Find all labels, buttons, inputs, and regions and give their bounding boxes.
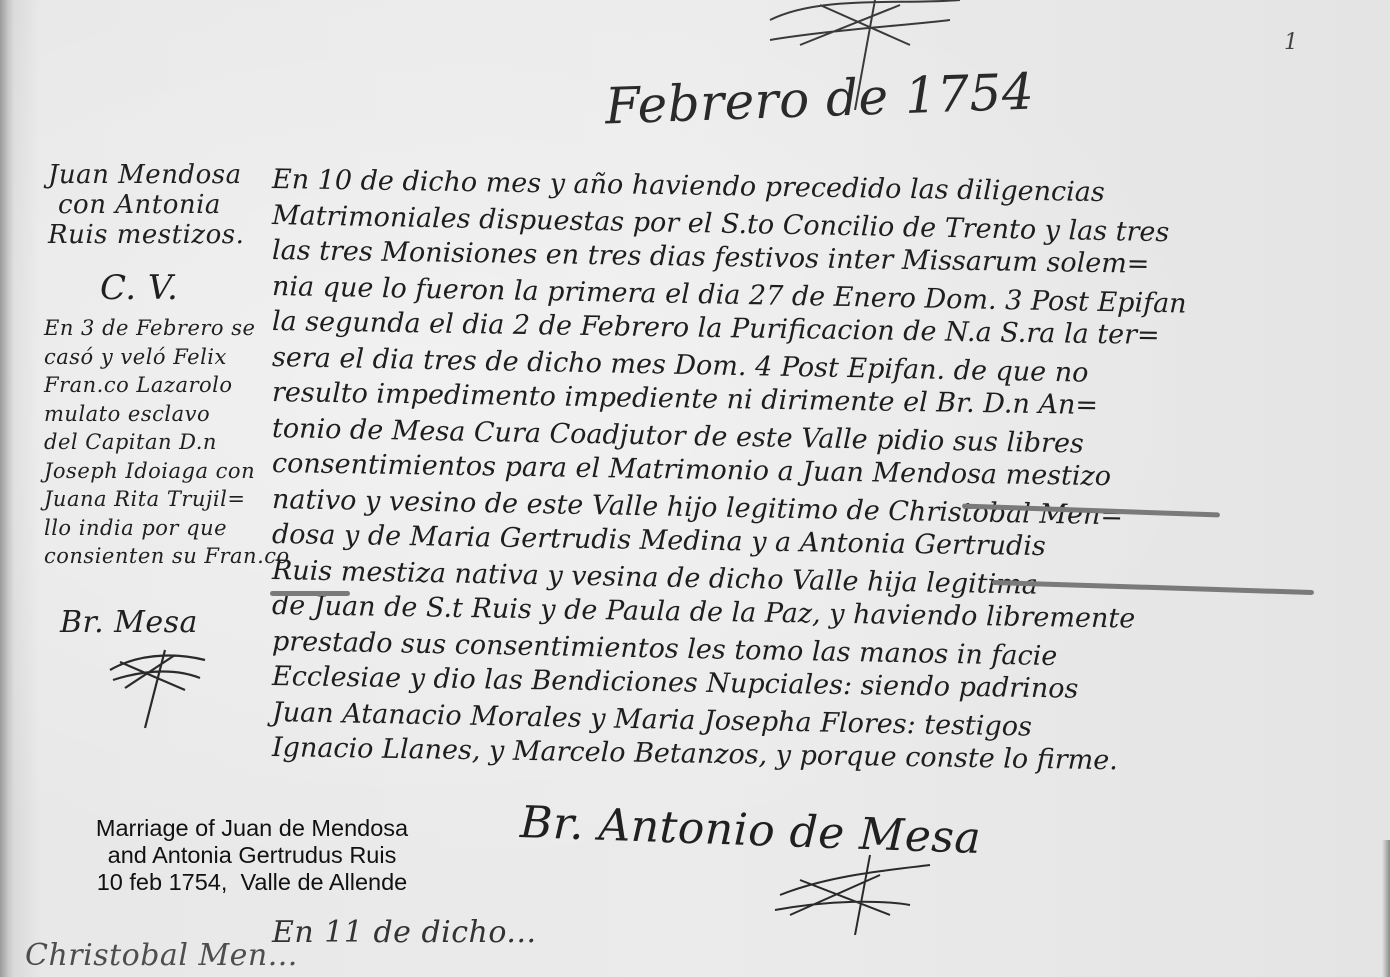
image-caption: Marriage of Juan de Mendosa and Antonia …: [52, 815, 452, 896]
caption-line: and Antonia Gertrudus Ruis: [52, 842, 452, 869]
margin-entry-mark: C. V.: [100, 268, 178, 308]
side-note-line: llo india por que: [44, 514, 290, 543]
margin-name-line: Juan Mendosa: [48, 160, 244, 190]
side-note-line: Juana Rita Trujil=: [44, 485, 290, 514]
margin-name-line: Ruis mestizos.: [48, 220, 244, 250]
register-page: Febrero de 1754 Juan Mendosa con Antonia…: [0, 0, 1390, 977]
underline-ruis: [270, 591, 350, 596]
rubric-flourish-signature-icon: [770, 855, 940, 935]
margin-entry-names: Juan Mendosa con Antonia Ruis mestizos.: [48, 160, 244, 250]
page-title: Febrero de 1754: [604, 63, 1035, 136]
side-note-line: consienten su Fran.co: [44, 542, 290, 571]
next-entry-margin-fragment: Christobal Men...: [25, 938, 298, 973]
margin-side-note: En 3 de Febrero se casó y veló Felix Fra…: [44, 314, 290, 571]
side-note-line: Fran.co Lazarolo: [44, 371, 290, 400]
side-note-line: En 3 de Febrero se: [44, 314, 290, 343]
page-binding-edge: [0, 0, 14, 977]
page-right-edge: [1382, 840, 1390, 977]
side-note-line: del Capitan D.n: [44, 428, 290, 457]
side-note-line: casó y veló Felix: [44, 343, 290, 372]
side-note-line: mulato esclavo: [44, 400, 290, 429]
margin-signature: Br. Mesa: [60, 605, 198, 640]
next-entry-body-fragment: En 11 de dicho...: [272, 915, 537, 950]
side-note-line: Joseph Idoiaga con: [44, 457, 290, 486]
caption-line: 10 feb 1754, Valle de Allende: [52, 869, 452, 896]
margin-name-line: con Antonia: [48, 190, 244, 220]
entry-body: En 10 de dicho mes y año haviendo preced…: [272, 162, 1382, 766]
caption-line: Marriage of Juan de Mendosa: [52, 815, 452, 842]
priest-signature: Br. Antonio de Mesa: [519, 797, 982, 864]
corner-mark: 1: [1284, 30, 1299, 55]
rubric-flourish-margin-icon: [105, 640, 215, 730]
